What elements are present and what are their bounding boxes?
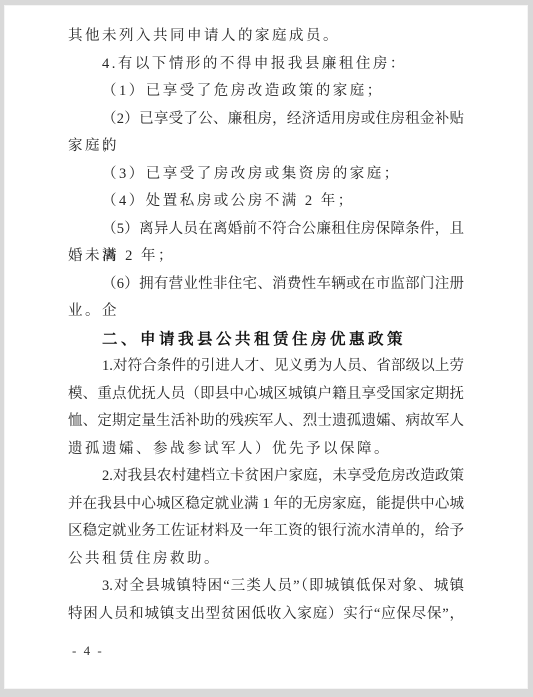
text-line: 模、重点优抚人员（即县中心城区城镇户籍且享受国家定期抚 [68,381,464,409]
text-line: 业。 [68,298,464,326]
text-line: （6）拥有营业性非住宅、消费性车辆或在市监部门注册企 [68,271,464,299]
text-line: （1）已享受了危房改造政策的家庭； [68,78,464,106]
document-page: 其他未列入共同申请人的家庭成员。 4.有以下情形的不得申报我县廉租住房： （1）… [4,5,528,689]
text-line: 公共租赁住房救助。 [68,546,464,574]
scan-background: 其他未列入共同申请人的家庭成员。 4.有以下情形的不得申报我县廉租住房： （1）… [0,0,533,697]
text-line: 4.有以下情形的不得申报我县廉租住房： [68,51,464,79]
text-line: 并在我县中心城区稳定就业满 1 年的无房家庭，能提供中心城 [68,491,464,519]
text-line: （3）已享受了房改房或集资房的家庭； [68,161,464,189]
section-heading: 二、申请我县公共租赁住房优惠政策 [68,326,464,354]
page-number: - 4 - [72,643,104,659]
text-line: （4）处置私房或公房不满 2 年； [68,188,464,216]
text-line: （2）已享受了公、廉租房，经济适用房或住房租金补贴的 [68,106,464,134]
text-line: 2.对我县农村建档立卡贫困户家庭，未享受危房改造政策 [68,463,464,491]
text-line: 家庭； [68,133,464,161]
text-line: 婚未满 2 年； [68,243,464,271]
text-line: 区稳定就业务工佐证材料及一年工资的银行流水清单的，给予 [68,518,464,546]
text-line: 特困人员和城镇支出型贫困低收入家庭）实行“应保尽保”， [68,601,464,629]
text-line: 其他未列入共同申请人的家庭成员。 [68,23,464,51]
document-body: 其他未列入共同申请人的家庭成员。 4.有以下情形的不得申报我县廉租住房： （1）… [68,23,464,628]
text-line: 1.对符合条件的引进人才、见义勇为人员、省部级以上劳 [68,353,464,381]
text-line: 遗孤遗孀、参战参试军人）优先予以保障。 [68,436,464,464]
text-line: 恤、定期定量生活补助的残疾军人、烈士遗孤遗孀、病故军人 [68,408,464,436]
text-line: （5）离异人员在离婚前不符合公廉租住房保障条件，且离 [68,216,464,244]
text-line: 3.对全县城镇特困“三类人员”（即城镇低保对象、城镇 [68,573,464,601]
